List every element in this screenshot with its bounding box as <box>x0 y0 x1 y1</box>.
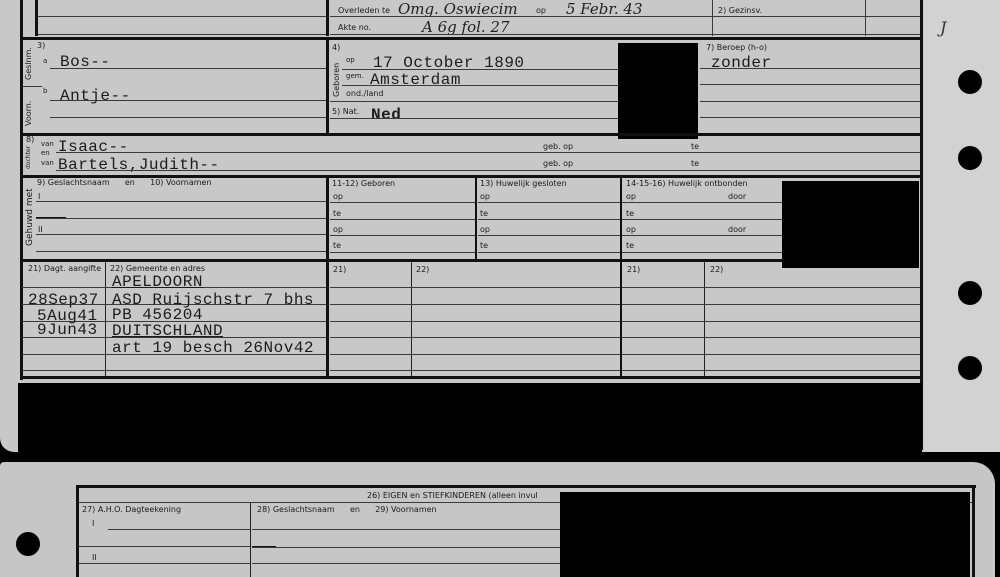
redaction-block <box>782 181 919 268</box>
nationality-value: Ned <box>371 107 401 123</box>
spouse-born-header: 11-12) Geboren <box>332 180 395 188</box>
parents-side-label: dochter <box>26 146 32 169</box>
marriage-closed-op-1: op <box>480 193 490 201</box>
address-date-3: 9Jun43 <box>37 322 98 338</box>
akte-value: A 6g fol. 27 <box>422 20 510 35</box>
redaction-block <box>560 492 970 577</box>
punch-hole-icon <box>16 532 40 556</box>
occupation-label: 7) Beroep (h-o) <box>706 44 767 52</box>
name-section-number: 3) <box>37 42 45 50</box>
father-geb-op-label: geb. op <box>543 143 573 151</box>
birth-op-label: op <box>346 57 355 64</box>
firstname-b-label: b <box>43 88 47 95</box>
address-col22-label-2: 22) <box>710 266 723 274</box>
address-line-1: APELDOORN <box>112 274 203 290</box>
birth-gem-label: gem. <box>346 73 364 80</box>
overleden-op-label: op <box>536 7 546 15</box>
marriage-dissolved-op-1: op <box>626 193 636 201</box>
married-row-I-label: I <box>38 193 40 201</box>
parents-en-label: en <box>41 150 50 157</box>
spouse-born-te-2: te <box>333 242 341 250</box>
marriage-closed-te-1: te <box>480 210 488 218</box>
children-row-II-label: II <box>92 554 97 562</box>
card-margin-strip <box>924 0 1000 452</box>
married-row-II-label: II <box>38 226 43 234</box>
spouse-born-op-2: op <box>333 226 343 234</box>
marriage-dissolved-header: 14-15-16) Huwelijk ontbonden <box>626 180 748 188</box>
redaction-block <box>618 43 698 139</box>
surname-side-label: Geslnm. <box>25 47 33 80</box>
marriage-dissolved-op-2: op <box>626 226 636 234</box>
punch-hole-icon <box>958 146 982 170</box>
corner-mark: J <box>940 18 946 37</box>
birth-ond-label: ond./land <box>346 90 384 98</box>
punch-hole-icon <box>958 356 982 380</box>
akte-label: Akte no. <box>338 24 371 32</box>
overleden-te-label: Overleden te <box>338 7 390 15</box>
nationality-label: 5) Nat. <box>332 108 359 116</box>
mother-van-label: van <box>41 160 54 167</box>
married-side-label: Gehuwd met <box>26 188 35 246</box>
gezinsv-label: 2) Gezinsv. <box>718 7 762 15</box>
address-line-4: DUITSCHLAND <box>112 323 223 339</box>
firstname-value: Antje-- <box>60 88 131 104</box>
address-line-5: art 19 besch 26Nov42 <box>112 340 314 356</box>
registration-card-bottom: 26) EIGEN en STIEFKINDEREN (alleen invul… <box>0 462 995 577</box>
surname-a-label: a <box>43 58 47 65</box>
children-names-header: 28) Geslachtsnaam en 29) Voornamen <box>257 506 437 514</box>
mother-geb-op-label: geb. op <box>543 160 573 168</box>
marriage-dissolved-door-2: door <box>728 226 746 234</box>
address-line-3: PB 456204 <box>112 307 203 323</box>
marriage-dissolved-te-1: te <box>626 210 634 218</box>
birth-side-label: Geboren <box>333 63 341 97</box>
father-te-label: te <box>691 143 699 151</box>
children-row-I-label: I <box>92 520 94 528</box>
married-names-header: 9) Geslachtsnaam en 10) Voornamen <box>37 179 212 187</box>
overleden-op-value: 5 Febr. 43 <box>566 2 643 17</box>
marriage-closed-header: 13) Huwelijk gesloten <box>480 180 567 188</box>
parents-section-number: 8) <box>26 136 34 144</box>
marriage-dissolved-te-2: te <box>626 242 634 250</box>
spouse-born-te-1: te <box>333 210 341 218</box>
address-date-header: 21) Dagt. aangifte <box>28 265 101 273</box>
spouse-born-op-1: op <box>333 193 343 201</box>
birth-section-number: 4) <box>332 44 340 52</box>
father-van-label: van <box>41 141 54 148</box>
punch-hole-icon <box>958 70 982 94</box>
overleden-te-value: Omg. Oswiecim <box>398 2 518 17</box>
punch-hole-icon <box>958 281 982 305</box>
redaction-block <box>18 383 922 457</box>
address-col21-label: 21) <box>333 266 346 274</box>
address-col21-label-2: 21) <box>627 266 640 274</box>
children-header: 26) EIGEN en STIEFKINDEREN (alleen invul <box>367 492 538 500</box>
mother-te-label: te <box>691 160 699 168</box>
address-col22-label: 22) <box>416 266 429 274</box>
firstname-side-label: Voorn. <box>25 101 33 126</box>
address-date-1: 28Sep37 <box>28 292 99 308</box>
aho-date-header: 27) A.H.O. Dagteekening <box>82 506 181 514</box>
registration-card-top: J Overleden te Omg. Oswiecim op 5 Febr. … <box>0 0 1000 452</box>
marriage-closed-te-2: te <box>480 242 488 250</box>
marriage-dissolved-door-1: door <box>728 193 746 201</box>
address-header: 22) Gemeente en adres <box>110 265 205 273</box>
marriage-closed-op-2: op <box>480 226 490 234</box>
